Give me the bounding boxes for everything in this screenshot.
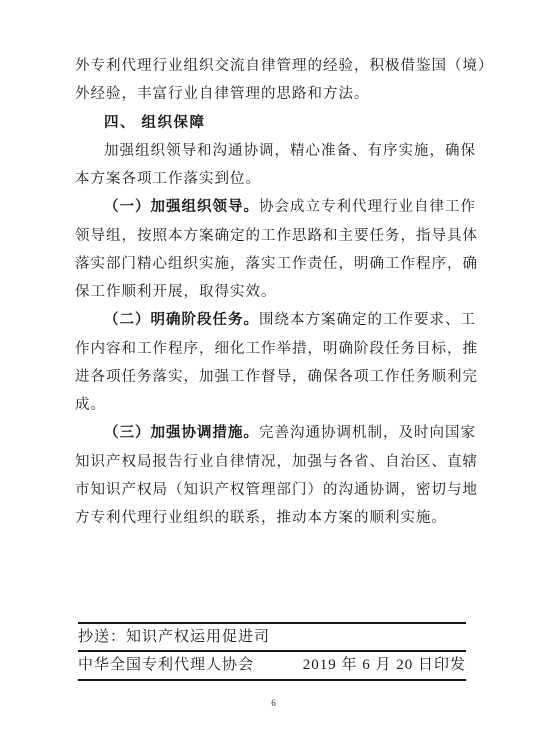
paragraph-text: 围绕本方案确定的工作要求、工: [259, 312, 476, 328]
paragraph-line: 方专利代理行业组织的联系，推动本方案的顺利实施。: [75, 504, 470, 532]
subsection-title: （一）加强组织领导。: [104, 199, 259, 215]
subsection-title: （二）明确阶段任务。: [104, 312, 259, 328]
paragraph-line: 保工作顺利开展，取得实效。: [75, 278, 470, 306]
section-heading: 四、 组织保障: [75, 109, 470, 137]
cc-line: 抄送：知识产权运用促进司: [78, 624, 466, 650]
paragraph-line: 本方案各项工作落实到位。: [75, 165, 470, 193]
issue-row: 中华全国专利代理人协会 2019 年 6 月 20 日印发: [78, 652, 466, 679]
paragraph-line: 加强组织领导和沟通协调，精心准备、有序实施，确保: [75, 137, 470, 165]
issuer-name: 中华全国专利代理人协会: [78, 652, 254, 679]
paragraph-line: 市知识产权局（知识产权管理部门）的沟通协调，密切与地: [75, 476, 470, 504]
paragraph-line: （一）加强组织领导。协会成立专利代理行业自律工作: [75, 193, 470, 221]
print-date: 2019 年 6 月 20 日印发: [303, 652, 466, 679]
paragraph-line: 作内容和工作程序，细化工作举措，明确阶段任务目标，推: [75, 335, 470, 363]
paragraph-line: 知识产权局报告行业自律情况，加强与各省、自治区、直辖: [75, 448, 470, 476]
paragraph-line: 领导组，按照本方案确定的工作思路和主要任务，指导具体: [75, 222, 470, 250]
paragraph-line: 进各项任务落实，加强工作督导，确保各项工作任务顺利完: [75, 363, 470, 391]
paragraph-line: （二）明确阶段任务。围绕本方案确定的工作要求、工: [75, 306, 470, 334]
document-body: 外专利代理行业组织交流自律管理的经验，积极借鉴国（境） 外经验，丰富行业自律管理…: [75, 52, 470, 532]
paragraph-line: 成。: [75, 391, 470, 419]
paragraph-line: （三）加强协调措施。完善沟通协调机制，及时向国家: [75, 419, 470, 447]
subsection-title: （三）加强协调措施。: [104, 425, 259, 441]
paragraph-line: 外经验，丰富行业自律管理的思路和方法。: [75, 80, 470, 108]
document-page: 外专利代理行业组织交流自律管理的经验，积极借鉴国（境） 外经验，丰富行业自律管理…: [0, 0, 547, 743]
paragraph-text: 完善沟通协调机制，及时向国家: [259, 425, 476, 441]
paragraph-line: 外专利代理行业组织交流自律管理的经验，积极借鉴国（境）: [75, 52, 470, 80]
footer-rule-bottom: [78, 679, 466, 681]
document-footer: 抄送：知识产权运用促进司 中华全国专利代理人协会 2019 年 6 月 20 日…: [78, 622, 466, 681]
paragraph-text: 协会成立专利代理行业自律工作: [259, 199, 476, 215]
page-number: 6: [0, 698, 547, 708]
paragraph-line: 落实部门精心组织实施，落实工作责任，明确工作程序，确: [75, 250, 470, 278]
